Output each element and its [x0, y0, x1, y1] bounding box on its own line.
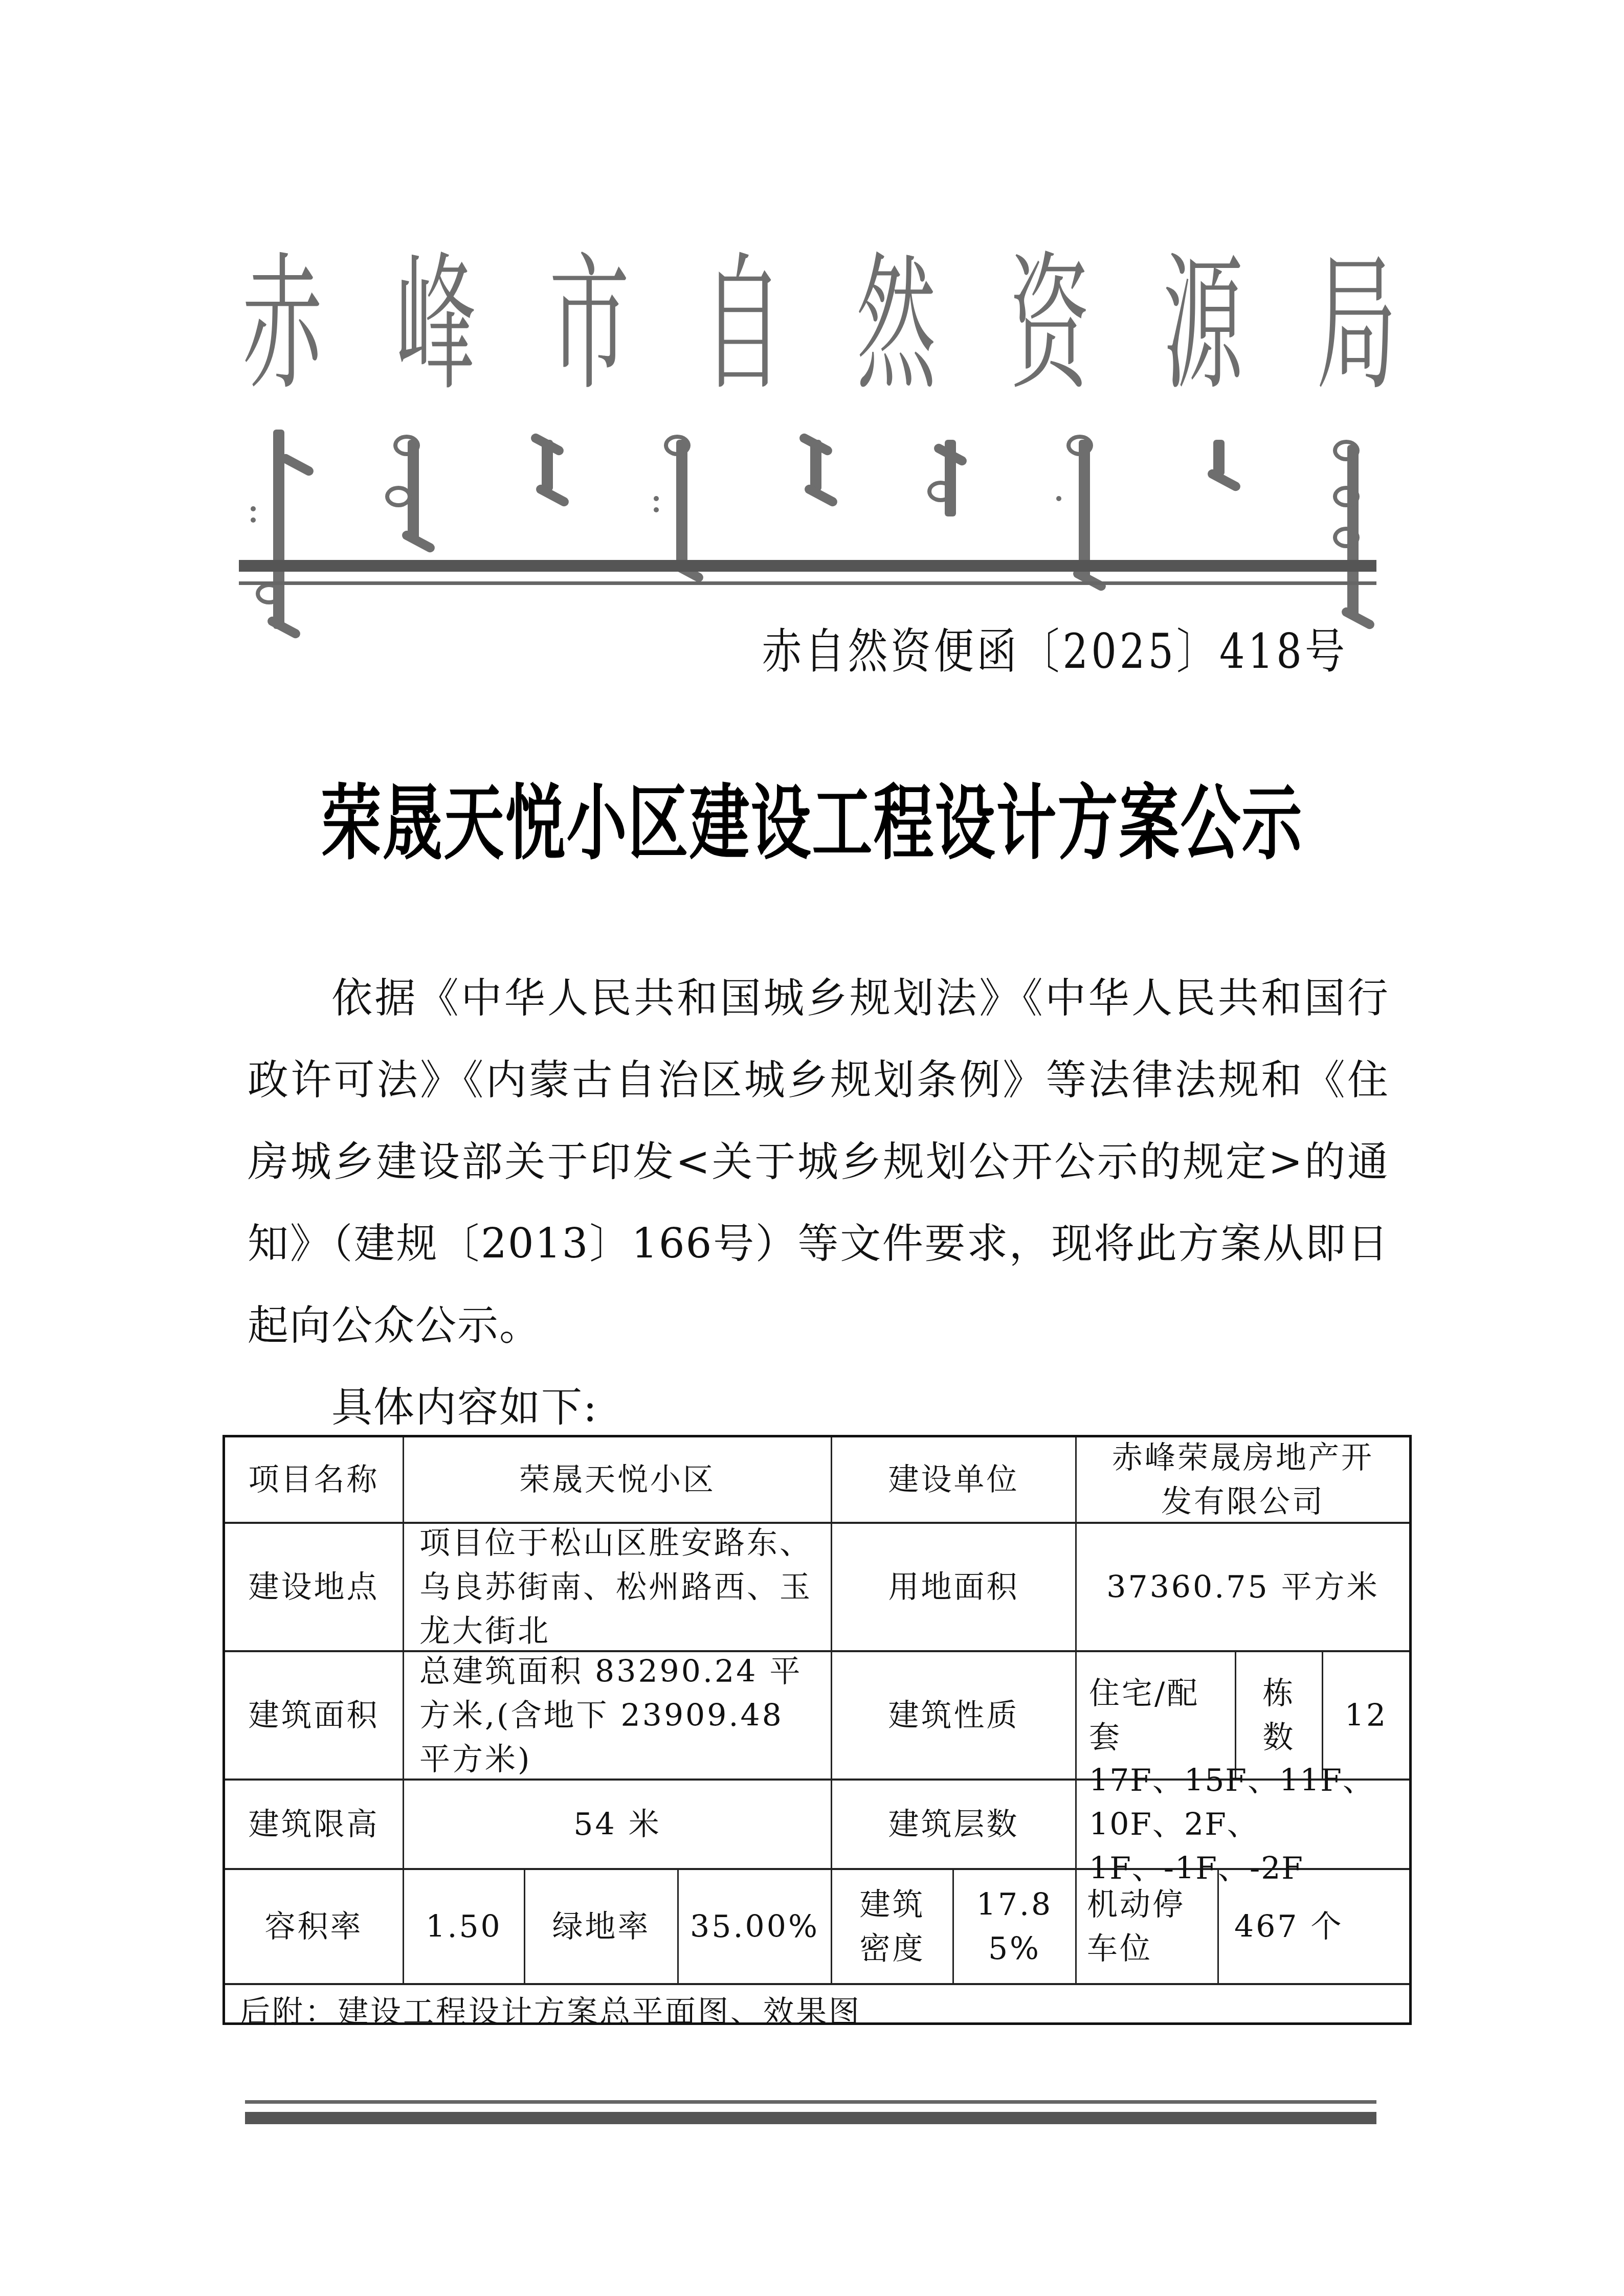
table-cell-value: 467 个	[1219, 1870, 1409, 1985]
org-name-char: 局	[1317, 251, 1390, 399]
org-name-char: 然	[856, 251, 929, 399]
table-cell-label: 项目名称	[225, 1437, 404, 1524]
table-cell-value: 35.00%	[679, 1870, 832, 1985]
letterhead-org-name: 赤 峰 市 自 然 资 源 局	[240, 240, 1391, 409]
table-cell-label: 建筑层数	[832, 1781, 1077, 1870]
document-number: 赤自然资便函〔2025〕418号	[762, 628, 1348, 676]
org-name-char: 自	[703, 251, 776, 399]
table-cell-label: 建筑面积	[225, 1652, 404, 1781]
body-paragraph: 依据《中华人民共和国城乡规划法》《中华人民共和国行政许可法》《内蒙古自治区城乡规…	[248, 957, 1389, 1366]
letterhead-mongolian-script	[240, 430, 1391, 644]
table-cell-label: 绿地率	[525, 1870, 679, 1985]
project-info-table: 项目名称 荣晟天悦小区 建设单位 赤峰荣晟房地产开发有限公司 建设地点 项目位于…	[223, 1435, 1412, 2025]
table-cell-value: 荣晟天悦小区	[404, 1437, 832, 1524]
table-cell-value: 总建筑面积 83290.24 平方米,(含地下 23909.48 平方米)	[404, 1652, 832, 1781]
table-cell-attachment-note: 后附：建设工程设计方案总平面图、效果图	[225, 1985, 1409, 2022]
document-title: 荣晟天悦小区建设工程设计方案公示	[0, 782, 1624, 864]
org-name-char: 资	[1010, 251, 1083, 399]
table-cell-value: 项目位于松山区胜安路东、乌良苏街南、松州路西、玉龙大街北	[404, 1524, 832, 1652]
table-cell-value: 54 米	[404, 1781, 832, 1870]
table-cell-value: 赤峰荣晟房地产开发有限公司	[1077, 1437, 1409, 1524]
table-cell-label: 建筑密度	[832, 1870, 954, 1985]
table-cell-value: 1.50	[404, 1870, 525, 1985]
document-body: 依据《中华人民共和国城乡规划法》《中华人民共和国行政许可法》《内蒙古自治区城乡规…	[248, 957, 1389, 1448]
table-cell-label: 建设地点	[225, 1524, 404, 1652]
footer-rule-thick	[245, 2112, 1376, 2124]
table-cell-label: 建筑性质	[832, 1652, 1077, 1781]
letterhead-rule-thin	[239, 581, 1376, 585]
footer-rule-thin	[245, 2100, 1376, 2104]
table-cell-label: 建设单位	[832, 1437, 1077, 1524]
table-cell-label: 容积率	[225, 1870, 404, 1985]
letterhead-rule-thick	[239, 560, 1376, 572]
table-cell-label: 机动停车位	[1077, 1870, 1219, 1985]
table-cell-label: 用地面积	[832, 1524, 1077, 1652]
org-name-char: 市	[549, 251, 622, 399]
org-name-char: 峰	[396, 251, 469, 399]
table-cell-value: 17.85%	[954, 1870, 1077, 1985]
table-cell-label: 建筑限高	[225, 1781, 404, 1870]
table-cell-value: 37360.75 平方米	[1077, 1524, 1409, 1652]
table-cell-value: 17F、15F、11F、10F、2F、1F、-1F、-2F	[1077, 1781, 1409, 1870]
org-name-char: 赤	[242, 251, 316, 399]
org-name-char: 源	[1163, 251, 1236, 399]
